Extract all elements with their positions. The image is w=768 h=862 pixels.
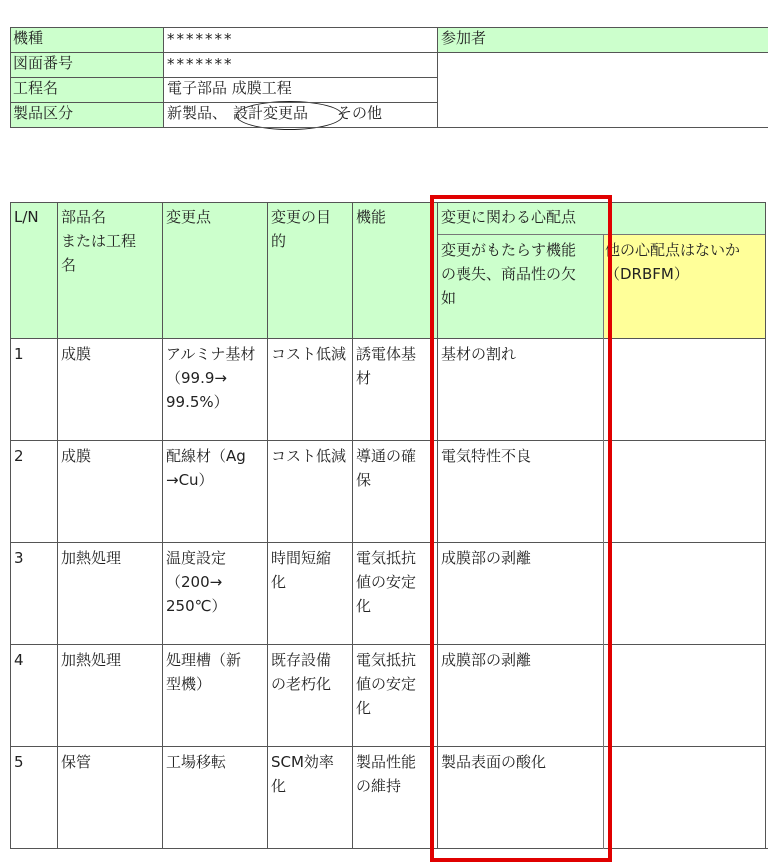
cell-purpose: 時間短縮 化 [267, 544, 352, 644]
cell-change-point: 配線材（Ag →Cu） [162, 442, 267, 542]
cell-change-point: アルミナ基材 （99.9→ 99.5%） [162, 340, 267, 440]
selection-circle [236, 101, 343, 130]
cell-change-point: 処理槽（新 型機） [162, 646, 267, 746]
cell-part-name: 保管 [57, 748, 162, 848]
highlight-box [430, 195, 612, 862]
cell-ln: 5 [10, 748, 57, 848]
info-label-model: 機種 [10, 28, 163, 52]
header-purpose: 変更の目 的 [267, 203, 352, 337]
header-change-point: 変更点 [162, 203, 267, 337]
cell-part-name: 加熱処理 [57, 646, 162, 746]
cell-concern-other[interactable] [603, 340, 765, 440]
cell-function: 誘電体基 材 [352, 340, 437, 440]
cell-ln: 4 [10, 646, 57, 746]
info-value-drawing-number: ******* [164, 54, 437, 78]
cell-ln: 1 [10, 340, 57, 440]
header-function: 機能 [352, 203, 437, 337]
cell-function: 導通の確 保 [352, 442, 437, 542]
cell-purpose: 既存設備 の老朽化 [267, 646, 352, 746]
cell-function: 製品性能 の維持 [352, 748, 437, 848]
cell-function: 電気抵抗 値の安定 化 [352, 544, 437, 644]
cell-purpose: コスト低減 [267, 340, 352, 440]
cell-concern-other[interactable] [603, 748, 765, 848]
option-new-product: 新製品、 [167, 104, 227, 122]
info-label-drawing-number: 図面番号 [10, 53, 163, 77]
cell-part-name: 加熱処理 [57, 544, 162, 644]
cell-change-point: 工場移転 [162, 748, 267, 848]
header-concern-other: 他の心配点はないか （DRBFM） [603, 236, 765, 337]
info-value-model: ******* [164, 29, 437, 53]
participants-value[interactable] [438, 53, 768, 127]
cell-concern-other[interactable] [603, 544, 765, 644]
cell-function: 電気抵抗 値の安定 化 [352, 646, 437, 746]
cell-purpose: SCM効率 化 [267, 748, 352, 848]
cell-ln: 2 [10, 442, 57, 542]
cell-concern-other[interactable] [603, 646, 765, 746]
info-label-product-category: 製品区分 [10, 103, 163, 127]
cell-part-name: 成膜 [57, 442, 162, 542]
header-part-name: 部品名 または工程 名 [57, 203, 162, 337]
cell-concern-other[interactable] [603, 442, 765, 542]
cell-change-point: 温度設定 （200→ 250℃） [162, 544, 267, 644]
info-label-process-name: 工程名 [10, 78, 163, 102]
cell-part-name: 成膜 [57, 340, 162, 440]
participants-label: 参加者 [438, 28, 768, 52]
header-ln: L/N [10, 203, 57, 337]
cell-ln: 3 [10, 544, 57, 644]
info-value-process-name: 電子部品 成膜工程 [164, 78, 437, 102]
option-other: その他 [337, 104, 382, 122]
cell-purpose: コスト低減 [267, 442, 352, 542]
